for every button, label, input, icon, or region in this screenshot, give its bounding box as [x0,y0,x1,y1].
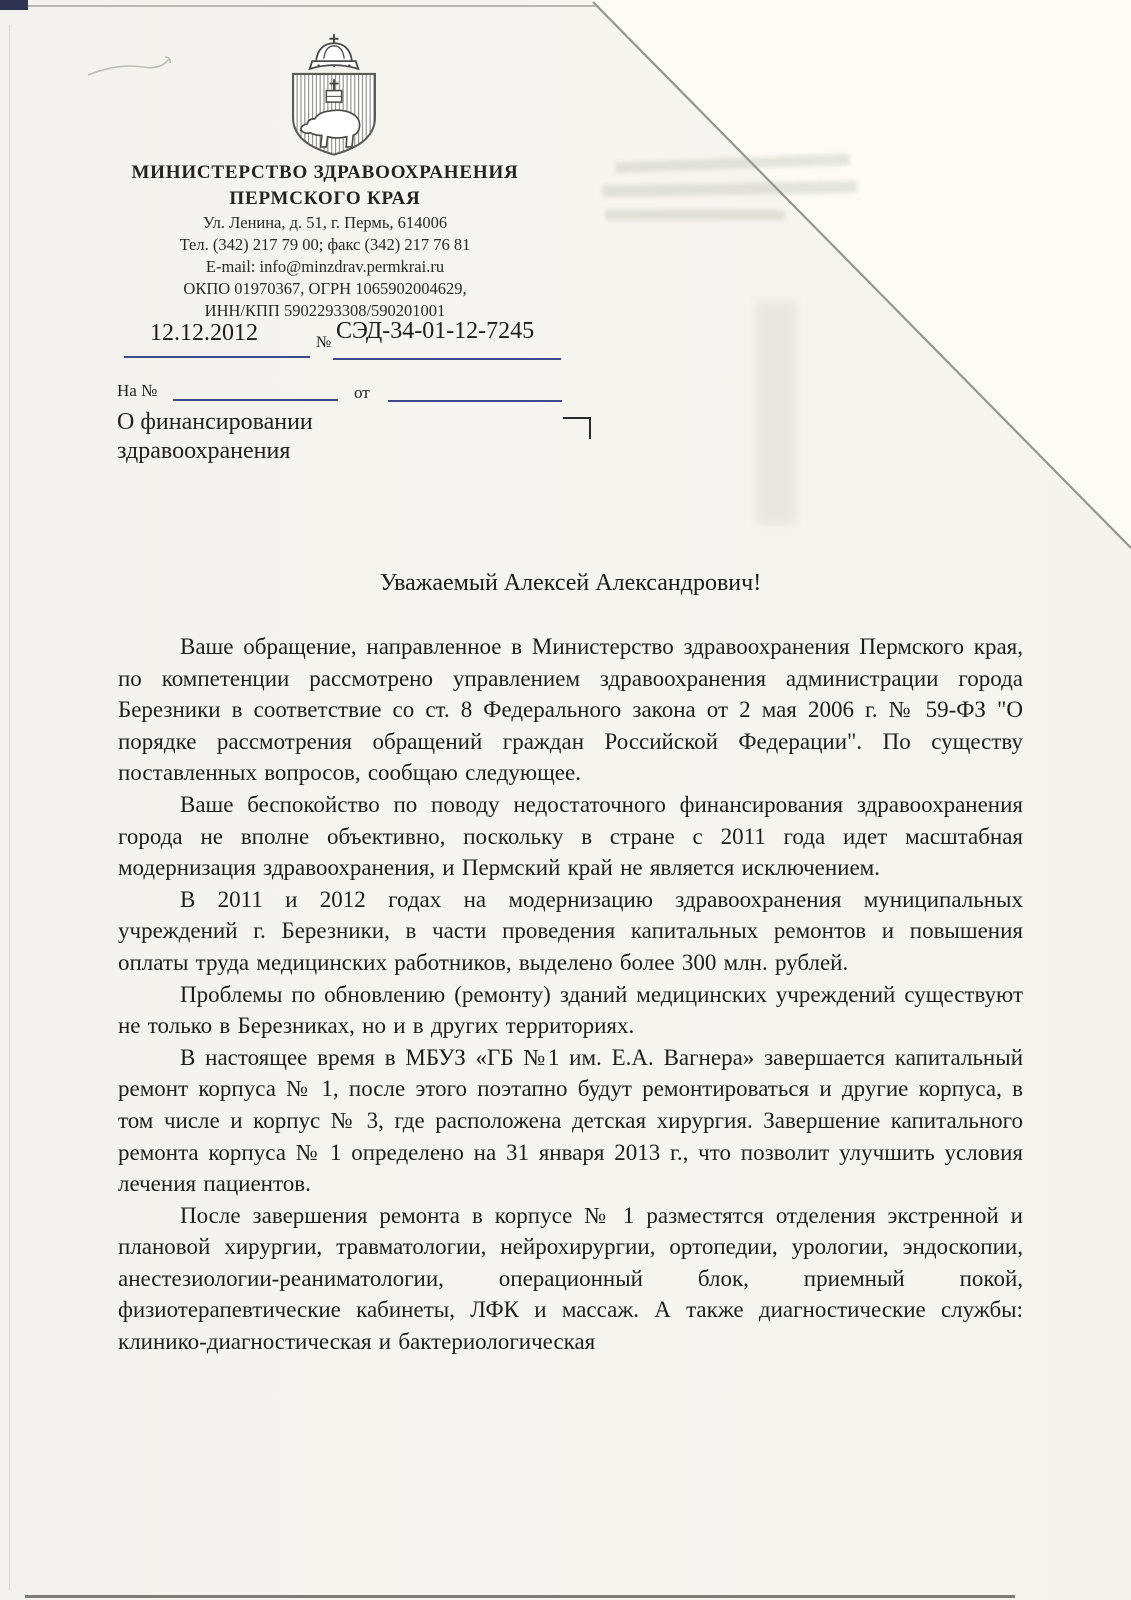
incoming-number-blank-line [173,399,338,401]
scan-corner-artifact [0,0,28,10]
body-paragraph-4: Проблемы по обновлению (ремонту) зданий … [118,979,1023,1042]
letterhead-phone-fax: Тел. (342) 217 79 00; факс (342) 217 76 … [95,234,555,256]
org-name-line2: ПЕРМСКОГО КРАЯ [95,186,555,212]
body-paragraph-6: После завершения ремонта в корпусе № 1 р… [118,1200,1023,1358]
organization-name: МИНИСТЕРСТВО ЗДРАВООХРАНЕНИЯ ПЕРМСКОГО К… [95,160,555,212]
folded-page-corner [593,0,1131,548]
number-underline [333,358,561,360]
letterhead-okpo-ogrn: ОКПО 01970367, ОГРН 1065902004629, [95,278,555,300]
subject-line2: здравоохранения [117,437,313,466]
letterhead-email: E-mail: info@minzdrav.permkrai.ru [95,256,555,278]
letter-subject: О финансировании здравоохранения [117,408,313,466]
bleed-through-mark [605,210,785,220]
perm-krai-coat-of-arms-icon [276,33,392,161]
body-paragraph-5: В настоящее время в МБУЗ «ГБ №1 им. Е.А.… [118,1042,1023,1200]
letter-body: Ваше обращение, направленное в Министерс… [118,631,1023,1358]
org-name-line1: МИНИСТЕРСТВО ЗДРАВООХРАНЕНИЯ [95,160,555,186]
subject-line1: О финансировании [117,408,313,437]
letter-number: СЭД-34-01-12-7245 [336,318,534,345]
body-paragraph-2: Ваше беспокойство по поводу недостаточно… [118,789,1023,884]
body-paragraph-3: В 2011 и 2012 годах на модернизацию здра… [118,884,1023,979]
address-corner-mark [563,417,591,439]
incoming-from-label: от [354,383,370,403]
page-left-edge [9,25,10,1590]
bleed-through-mark [755,300,797,525]
scanned-letter-page: МИНИСТЕРСТВО ЗДРАВООХРАНЕНИЯ ПЕРМСКОГО К… [0,0,1131,1600]
crown-icon [310,34,359,69]
scan-bottom-edge [25,1595,1015,1598]
salutation: Уважаемый Алексей Александрович! [118,570,1023,597]
incoming-number-label: На № [117,381,157,401]
letter-date: 12.12.2012 [150,320,258,347]
letterhead-contacts: Ул. Ленина, д. 51, г. Пермь, 614006 Тел.… [95,212,555,322]
scan-top-edge [0,5,608,7]
body-paragraph-1: Ваше обращение, направленное в Министерс… [118,631,1023,789]
pen-squiggle-mark [80,45,200,90]
letterhead-address: Ул. Ленина, д. 51, г. Пермь, 614006 [95,212,555,234]
date-underline [124,356,310,358]
incoming-from-blank-line [388,400,562,402]
number-sign: № [316,334,331,352]
